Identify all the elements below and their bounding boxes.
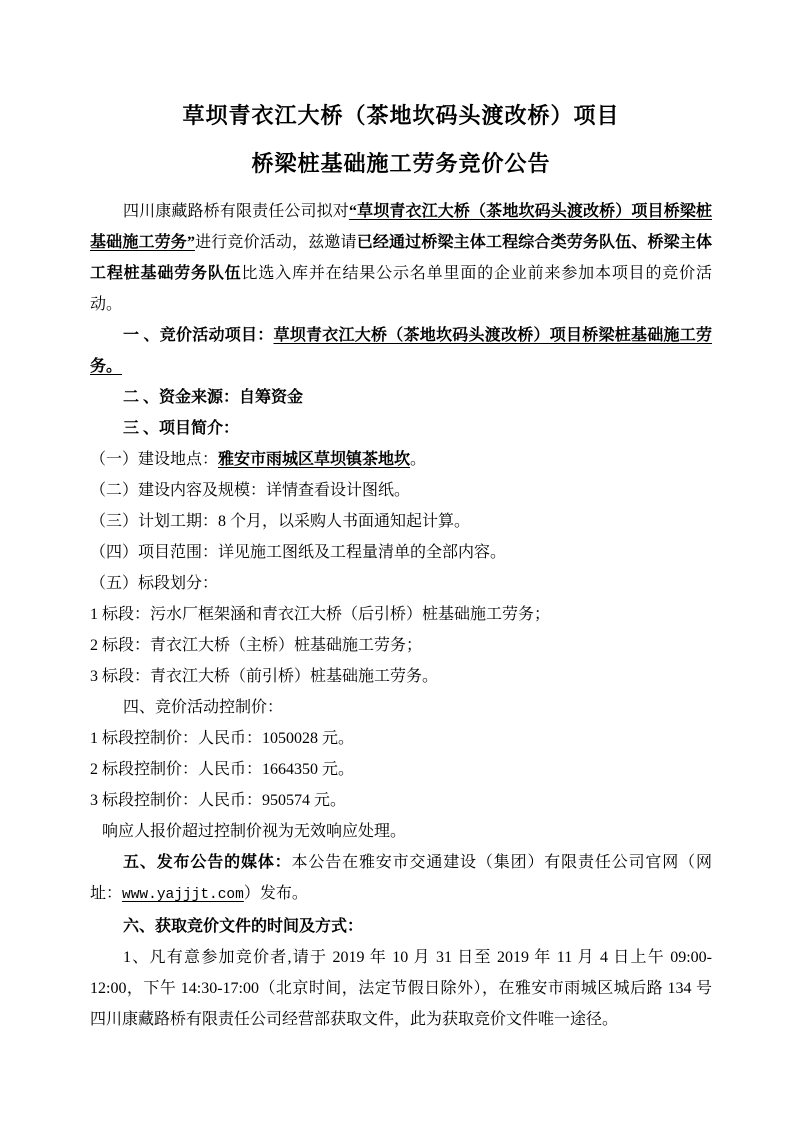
sub-4-project-range: （四）项目范围：详见施工图纸及工程量清单的全部内容。 — [90, 537, 712, 568]
sub-1-construction-site: （一）建设地点：雅安市雨城区草坝镇茶地坎。 — [90, 444, 712, 475]
section-5-post-text: ）发布。 — [244, 885, 308, 902]
lot-2-description: 2 标段：青衣江大桥（主桥）桩基础施工劳务； — [90, 630, 712, 661]
sub-3-planned-duration: （三）计划工期：8 个月，以采购人书面通知起计算。 — [90, 506, 712, 537]
sub-2-construction-scope: （二）建设内容及规模：详情查看设计图纸。 — [90, 475, 712, 506]
lot-1-control-price: 1 标段控制价：人民币：1050028 元。 — [90, 723, 712, 754]
section-5-announcement-media: 五、发布公告的媒体：本公告在雅安市交通建设（集团）有限责任公司官网（网址：www… — [90, 847, 712, 911]
section-2-funding-source: 二 、资金来源：自筹资金 — [90, 382, 712, 413]
section-6-item-1-acquisition-details: 1、凡有意参加竞价者,请于 2019 年 10 月 31 日至 2019 年 1… — [90, 942, 712, 1035]
section-1-bidding-project: 一 、竞价活动项目：草坝青衣江大桥（茶地坎码头渡改桥）项目桥梁桩基础施工劳务。 — [90, 320, 712, 382]
section-6-document-acquisition-heading: 六、获取竞价文件的时间及方式： — [90, 911, 712, 942]
document-body: 四川康藏路桥有限责任公司拟对“草坝青衣江大桥（茶地坎码头渡改桥）项目桥梁桩基础施… — [90, 196, 712, 1035]
sub-1-suffix: 。 — [410, 451, 426, 468]
intro-paragraph: 四川康藏路桥有限责任公司拟对“草坝青衣江大桥（茶地坎码头渡改桥）项目桥梁桩基础施… — [90, 196, 712, 320]
sub-5-lot-division-heading: （五）标段划分： — [90, 568, 712, 599]
document-page: 草坝青衣江大桥（茶地坎码头渡改桥）项目 桥梁桩基础施工劳务竞价公告 四川康藏路桥… — [0, 0, 800, 1131]
section-1-label: 一 、竞价活动项目： — [123, 327, 274, 344]
lot-1-description: 1 标段：污水厂框架涵和青衣江大桥（后引桥）桩基础施工劳务； — [90, 599, 712, 630]
lot-3-description: 3 标段：青衣江大桥（前引桥）桩基础施工劳务。 — [90, 661, 712, 692]
intro-mid-text: 进行竞价活动，兹邀请 — [195, 234, 357, 251]
lot-3-control-price: 3 标段控制价：人民币：950574 元。 — [90, 785, 712, 816]
control-price-note: 响应人报价超过控制价视为无效响应处理。 — [90, 816, 712, 847]
official-website-url: www.yajjjt.com — [122, 887, 244, 903]
sub-1-label: （一）建设地点： — [90, 451, 218, 468]
section-5-label: 五、发布公告的媒体： — [123, 854, 292, 871]
section-3-project-overview-heading: 三 、项目简介： — [90, 413, 712, 444]
document-title-line-1: 草坝青衣江大桥（茶地坎码头渡改桥）项目 — [90, 92, 712, 140]
document-title-line-2: 桥梁桩基础施工劳务竞价公告 — [90, 140, 712, 188]
lot-2-control-price: 2 标段控制价：人民币：1664350 元。 — [90, 754, 712, 785]
section-4-control-price-heading: 四、竞价活动控制价： — [90, 692, 712, 723]
sub-1-location: 雅安市雨城区草坝镇茶地坎 — [218, 451, 410, 468]
intro-pre-text: 四川康藏路桥有限责任公司拟对 — [123, 203, 349, 220]
